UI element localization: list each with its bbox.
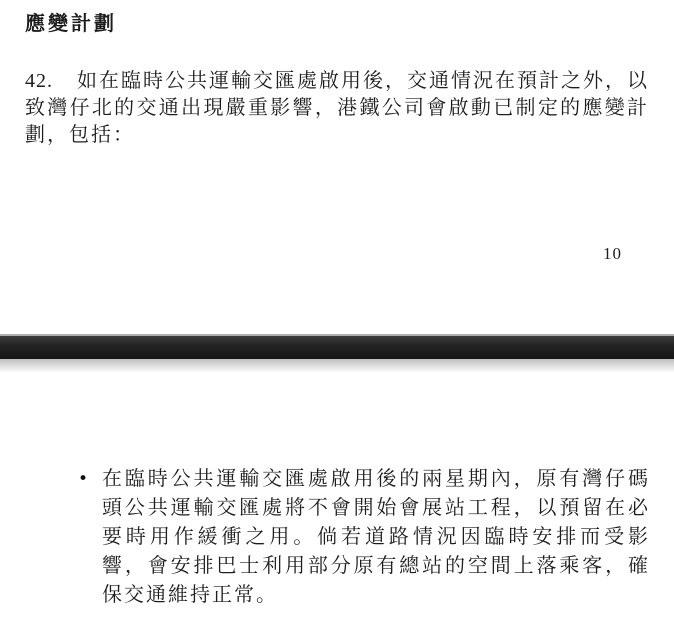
- document-page-lower: • 在臨時公共運輸交匯處啟用後的兩星期內，原有灣仔碼頭公共運輸交匯處將不會開始會…: [0, 373, 674, 627]
- paragraph-number: 42.: [25, 68, 77, 95]
- section-heading: 應變計劃: [25, 7, 117, 36]
- paragraph-text: 如在臨時公共運輸交匯處啟用後，交通情況在預計之外，以致灣仔北的交通出現嚴重影響，…: [25, 70, 649, 146]
- page-number: 10: [603, 244, 622, 264]
- paragraph-42: 42.如在臨時公共運輸交匯處啟用後，交通情況在預計之外，以致灣仔北的交通出現嚴重…: [25, 68, 649, 149]
- document-page-upper: 應變計劃 42.如在臨時公共運輸交匯處啟用後，交通情況在預計之外，以致灣仔北的交…: [0, 0, 674, 334]
- bullet-list-item: • 在臨時公共運輸交匯處啟用後的兩星期內，原有灣仔碼頭公共運輸交匯處將不會開始會…: [78, 465, 650, 610]
- bullet-icon: •: [78, 465, 102, 494]
- document-viewport: 應變計劃 42.如在臨時公共運輸交匯處啟用後，交通情況在預計之外，以致灣仔北的交…: [0, 0, 674, 627]
- bullet-item-text: 在臨時公共運輸交匯處啟用後的兩星期內，原有灣仔碼頭公共運輸交匯處將不會開始會展站…: [102, 465, 650, 610]
- page-break-separator: [0, 334, 674, 373]
- separator-dark-band: [0, 336, 674, 359]
- next-page-top-shadow: [0, 359, 674, 373]
